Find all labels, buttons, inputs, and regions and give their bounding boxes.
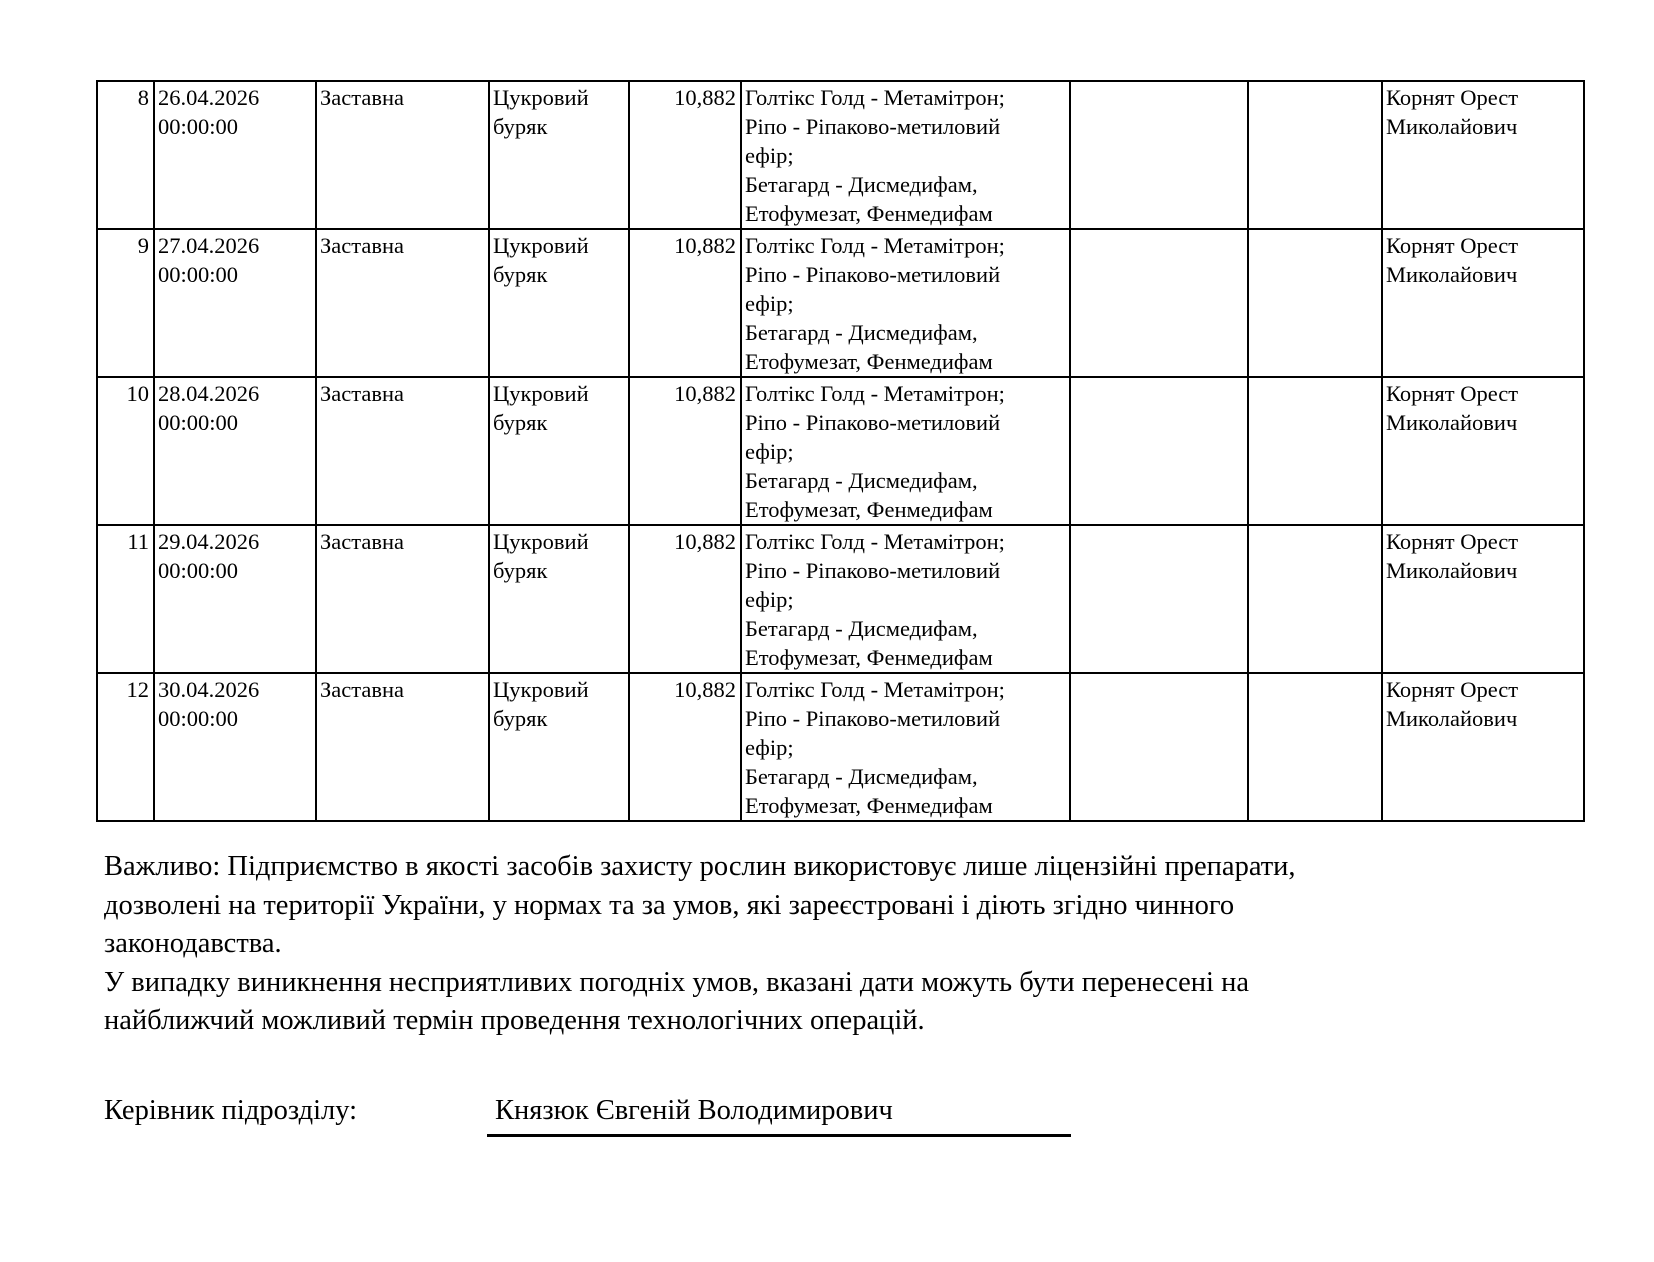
empty-cell-cell bbox=[1070, 673, 1248, 821]
empty-cell-cell bbox=[1248, 673, 1382, 821]
crop-cell: Цукровий буряк bbox=[489, 81, 629, 229]
crop-cell: Цукровий буряк bbox=[489, 673, 629, 821]
row-number-cell: 11 bbox=[97, 525, 154, 673]
empty-cell-cell bbox=[1070, 229, 1248, 377]
table-row: 1230.04.2026 00:00:00ЗаставнаЦукровий бу… bbox=[97, 673, 1584, 821]
date-time-cell: 30.04.2026 00:00:00 bbox=[154, 673, 316, 821]
row-number-cell: 12 bbox=[97, 673, 154, 821]
crop-cell: Цукровий буряк bbox=[489, 525, 629, 673]
empty-cell-cell bbox=[1070, 525, 1248, 673]
area-cell: 10,882 bbox=[629, 673, 741, 821]
responsible-person-cell: Корнят Орест Миколайович bbox=[1382, 377, 1584, 525]
operation-type-cell: Заставна bbox=[316, 525, 489, 673]
empty-cell-cell bbox=[1070, 377, 1248, 525]
responsible-person-cell: Корнят Орест Миколайович bbox=[1382, 229, 1584, 377]
products-cell: Голтікс Голд - Метамітрон; Ріпо - Ріпако… bbox=[741, 673, 1070, 821]
area-cell: 10,882 bbox=[629, 525, 741, 673]
products-cell: Голтікс Голд - Метамітрон; Ріпо - Ріпако… bbox=[741, 81, 1070, 229]
responsible-person-cell: Корнят Орест Миколайович bbox=[1382, 525, 1584, 673]
date-time-cell: 26.04.2026 00:00:00 bbox=[154, 81, 316, 229]
operation-type-cell: Заставна bbox=[316, 229, 489, 377]
table-body: 826.04.2026 00:00:00ЗаставнаЦукровий бур… bbox=[97, 81, 1584, 821]
products-cell: Голтікс Голд - Метамітрон; Ріпо - Ріпако… bbox=[741, 229, 1070, 377]
row-number-cell: 10 bbox=[97, 377, 154, 525]
products-cell: Голтікс Голд - Метамітрон; Ріпо - Ріпако… bbox=[741, 377, 1070, 525]
table-row: 826.04.2026 00:00:00ЗаставнаЦукровий бур… bbox=[97, 81, 1584, 229]
products-cell: Голтікс Голд - Метамітрон; Ріпо - Ріпако… bbox=[741, 525, 1070, 673]
crop-cell: Цукровий буряк bbox=[489, 377, 629, 525]
crop-cell: Цукровий буряк bbox=[489, 229, 629, 377]
empty-cell-cell bbox=[1248, 81, 1382, 229]
notice-paragraph: Важливо: Підприємство в якості засобів з… bbox=[104, 848, 1564, 1041]
operation-type-cell: Заставна bbox=[316, 81, 489, 229]
table-row: 1028.04.2026 00:00:00ЗаставнаЦукровий бу… bbox=[97, 377, 1584, 525]
area-cell: 10,882 bbox=[629, 229, 741, 377]
area-cell: 10,882 bbox=[629, 81, 741, 229]
operation-type-cell: Заставна bbox=[316, 377, 489, 525]
empty-cell-cell bbox=[1070, 81, 1248, 229]
date-time-cell: 29.04.2026 00:00:00 bbox=[154, 525, 316, 673]
operation-type-cell: Заставна bbox=[316, 673, 489, 821]
responsible-person-cell: Корнят Орест Миколайович bbox=[1382, 673, 1584, 821]
empty-cell-cell bbox=[1248, 525, 1382, 673]
empty-cell-cell bbox=[1248, 377, 1382, 525]
spraying-schedule-table: 826.04.2026 00:00:00ЗаставнаЦукровий бур… bbox=[96, 80, 1585, 822]
table-row: 1129.04.2026 00:00:00ЗаставнаЦукровий бу… bbox=[97, 525, 1584, 673]
signature-label: Керівник підрозділу: bbox=[104, 1092, 357, 1130]
responsible-person-cell: Корнят Орест Миколайович bbox=[1382, 81, 1584, 229]
date-time-cell: 28.04.2026 00:00:00 bbox=[154, 377, 316, 525]
row-number-cell: 9 bbox=[97, 229, 154, 377]
table-row: 927.04.2026 00:00:00ЗаставнаЦукровий бур… bbox=[97, 229, 1584, 377]
empty-cell-cell bbox=[1248, 229, 1382, 377]
date-time-cell: 27.04.2026 00:00:00 bbox=[154, 229, 316, 377]
row-number-cell: 8 bbox=[97, 81, 154, 229]
signature-name: Князюк Євгеній Володимирович bbox=[487, 1092, 1071, 1137]
area-cell: 10,882 bbox=[629, 377, 741, 525]
